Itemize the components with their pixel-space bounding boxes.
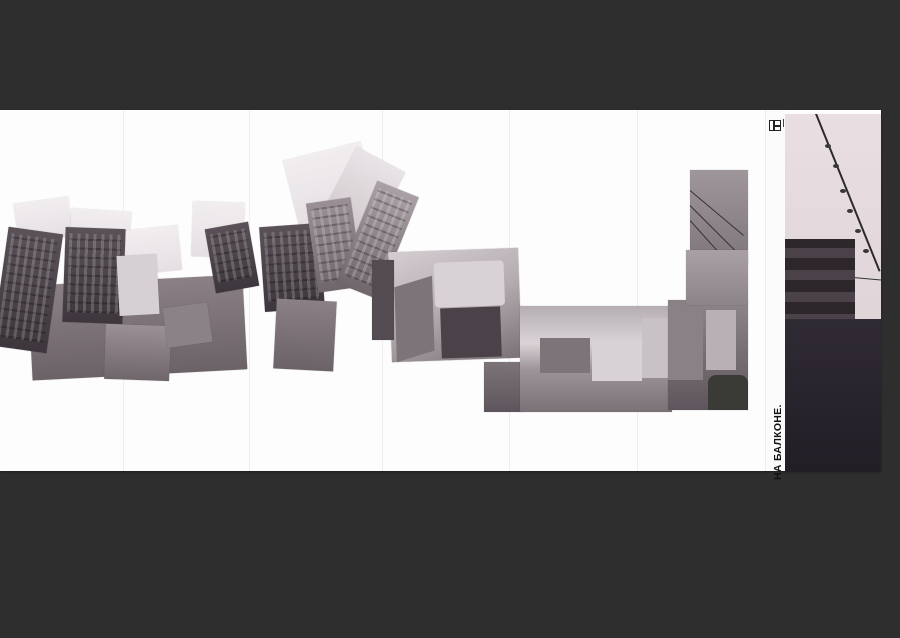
photo-fragment [372, 260, 394, 340]
balcony-logo-icon [769, 120, 781, 131]
photo-fragment [273, 298, 337, 371]
photo-fragment [116, 254, 159, 316]
zine-spine: заметки о балконной жизни, о пространств… [765, 110, 786, 471]
photo-fragment [162, 302, 212, 348]
fold-line [637, 110, 638, 471]
folded-zine: заметки о балконной жизни, о пространств… [0, 110, 881, 471]
fold-line [249, 110, 250, 471]
photo-fragment [484, 362, 524, 412]
photo-fragment [668, 300, 748, 410]
balcony-building [785, 239, 855, 324]
cover-photo-balcony [785, 114, 881, 471]
photo-fragment [520, 306, 672, 412]
photo-fragment [62, 227, 125, 324]
spine-mark [783, 119, 784, 127]
photo-fragment [104, 324, 171, 381]
photo-fragment [686, 250, 748, 305]
photo-fragment [388, 248, 522, 362]
spine-title: НА БАЛКОНЕ. [772, 388, 784, 480]
dark-building-base [785, 319, 881, 471]
